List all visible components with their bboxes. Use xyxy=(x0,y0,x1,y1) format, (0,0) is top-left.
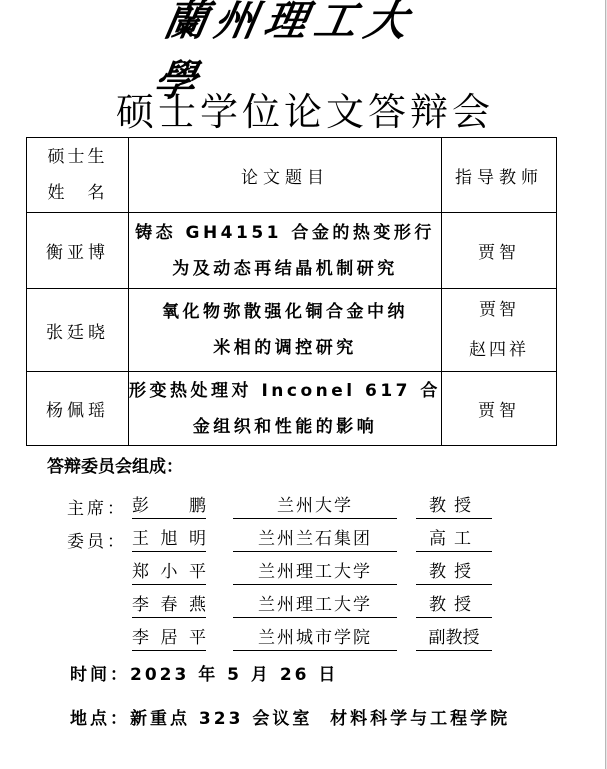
column-header-student-line-1: 硕士生 xyxy=(48,139,108,175)
column-header-advisor: 指导教师 xyxy=(442,138,557,213)
committee-member-row: 主席： 彭 鹏 兰州大学 教授 xyxy=(0,494,607,520)
defense-location: 地点：新重点 323 会议室 材料科学与工程学院 xyxy=(70,704,510,729)
advisor-name: 赵四祥 xyxy=(469,330,529,370)
committee-member-name: 李居平 xyxy=(132,626,206,651)
committee-member-title: 副教授 xyxy=(416,626,492,651)
page-title: 硕士学位论文答辩会 xyxy=(60,84,550,140)
committee-heading: 答辩委员会组成： xyxy=(47,452,183,477)
thesis-title-line: 铸态 GH4151 合金的热变形行 xyxy=(135,215,435,251)
thesis-title-cell: 形变热处理对 Inconel 617 合 金组织和性能的影响 xyxy=(129,372,442,446)
thesis-title-line: 为及动态再结晶机制研究 xyxy=(172,251,398,287)
committee-member-name: 郑小平 xyxy=(132,560,206,585)
committee-member-org: 兰州兰石集团 xyxy=(233,527,397,552)
student-name-cell: 杨佩瑶 xyxy=(27,372,129,446)
committee-role-label: 主席： xyxy=(67,494,127,519)
committee-member-title: 教授 xyxy=(416,560,492,585)
committee-member-org: 兰州理工大学 xyxy=(233,560,397,585)
thesis-table: 硕士生 姓 名 论文题目 指导教师 衡亚博 铸态 GH4151 合金的热变形行 … xyxy=(26,137,557,446)
table-row: 杨佩瑶 形变热处理对 Inconel 617 合 金组织和性能的影响 贾智 xyxy=(27,372,557,446)
document-page: 蘭州理工大學 硕士学位论文答辩会 硕士生 姓 名 论文题目 指导教师 衡亚博 铸… xyxy=(0,0,605,769)
committee-member-title: 教授 xyxy=(416,494,492,519)
thesis-title-line: 金组织和性能的影响 xyxy=(193,409,378,445)
thesis-title-line: 氧化物弥散强化铜合金中纳 xyxy=(162,294,408,330)
committee-member-title: 高工 xyxy=(416,527,492,552)
column-header-thesis-title: 论文题目 xyxy=(129,138,442,213)
thesis-title-line: 形变热处理对 Inconel 617 合 xyxy=(129,373,441,409)
table-header-row: 硕士生 姓 名 论文题目 指导教师 xyxy=(27,138,557,213)
committee-member-name: 彭 鹏 xyxy=(132,494,206,519)
committee-role-label: 委员： xyxy=(67,527,127,552)
defense-time: 时间：2023 年 5 月 26 日 xyxy=(70,660,338,685)
committee-member-row: 李春燕 兰州理工大学 教授 xyxy=(0,593,607,619)
column-header-student: 硕士生 姓 名 xyxy=(27,138,129,213)
committee-member-row: 委员： 王旭明 兰州兰石集团 高工 xyxy=(0,527,607,553)
student-name-cell: 张廷晓 xyxy=(27,289,129,372)
advisor-cell: 贾智 赵四祥 xyxy=(442,289,557,372)
column-header-student-line-2: 姓 名 xyxy=(48,175,108,211)
table-row: 张廷晓 氧化物弥散强化铜合金中纳 米相的调控研究 贾智 赵四祥 xyxy=(27,289,557,372)
student-name-cell: 衡亚博 xyxy=(27,213,129,289)
advisor-name: 贾智 xyxy=(479,290,519,330)
committee-member-name: 王旭明 xyxy=(132,527,206,552)
committee-member-name: 李春燕 xyxy=(132,593,206,618)
committee-member-org: 兰州大学 xyxy=(233,494,397,519)
university-calligraphy-logo: 蘭州理工大學 xyxy=(155,18,456,78)
committee-member-title: 教授 xyxy=(416,593,492,618)
table-row: 衡亚博 铸态 GH4151 合金的热变形行 为及动态再结晶机制研究 贾智 xyxy=(27,213,557,289)
committee-member-org: 兰州城市学院 xyxy=(233,626,397,651)
advisor-cell: 贾智 xyxy=(442,372,557,446)
committee-member-org: 兰州理工大学 xyxy=(233,593,397,618)
thesis-title-line: 米相的调控研究 xyxy=(213,330,357,366)
committee-member-row: 郑小平 兰州理工大学 教授 xyxy=(0,560,607,586)
thesis-title-cell: 氧化物弥散强化铜合金中纳 米相的调控研究 xyxy=(129,289,442,372)
advisor-cell: 贾智 xyxy=(442,213,557,289)
thesis-title-cell: 铸态 GH4151 合金的热变形行 为及动态再结晶机制研究 xyxy=(129,213,442,289)
committee-member-row: 李居平 兰州城市学院 副教授 xyxy=(0,626,607,652)
